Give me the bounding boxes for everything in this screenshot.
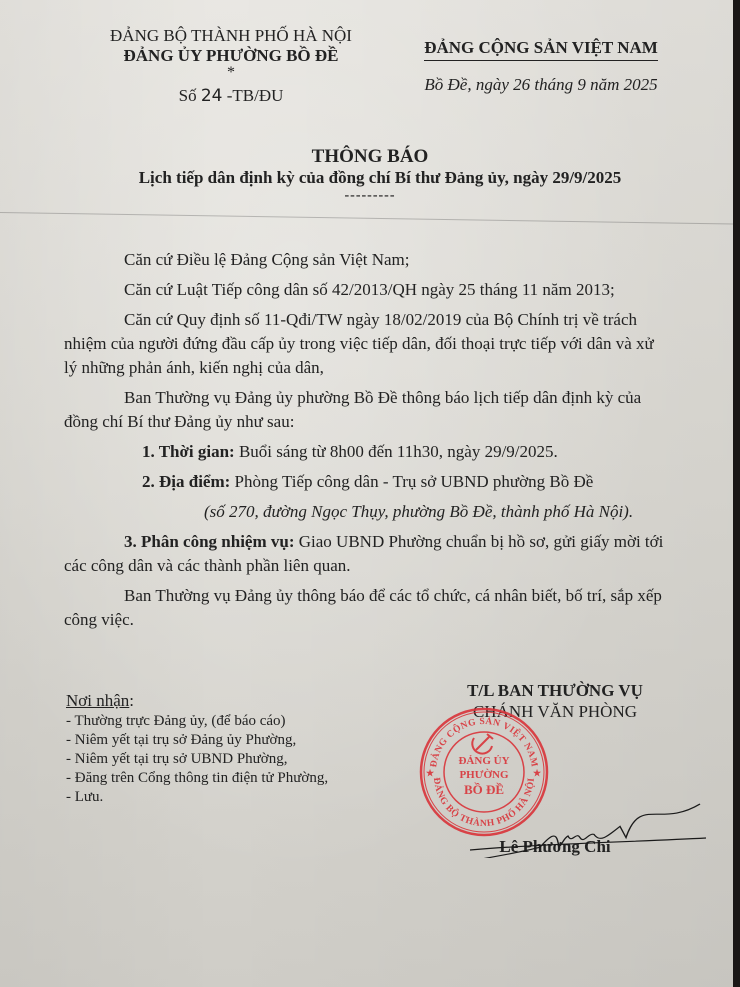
closing-paragraph: Ban Thường vụ Đảng ủy thông báo để các t… (64, 584, 664, 632)
basis-2: Căn cứ Luật Tiếp công dân số 42/2013/QH … (64, 278, 664, 302)
document-body: Căn cứ Điều lệ Đảng Cộng sản Việt Nam; C… (64, 248, 664, 638)
intro-paragraph: Ban Thường vụ Đảng ủy phường Bồ Đề thông… (64, 386, 664, 434)
place-date: Bồ Đề, ngày 26 tháng 9 năm 2025 (408, 75, 674, 95)
recipients-heading: Nơi nhận (66, 691, 129, 710)
recipient-item: - Niêm yết tại trụ sở Đảng ủy Phường, (66, 731, 328, 750)
issuer-parent: ĐẢNG BỘ THÀNH PHỐ HÀ NỘI (88, 26, 374, 46)
item-time: 1. Thời gian: Buổi sáng từ 8h00 đến 11h3… (64, 440, 664, 464)
svg-text:BỒ ĐỀ: BỒ ĐỀ (464, 782, 504, 797)
item-location-detail: (số 270, đường Ngọc Thụy, phường Bồ Đề, … (64, 500, 664, 524)
party-block: ĐẢNG CỘNG SẢN VIỆT NAM Bồ Đề, ngày 26 th… (408, 38, 674, 95)
basis-1: Căn cứ Điều lệ Đảng Cộng sản Việt Nam; (64, 248, 664, 272)
document-title: THÔNG BÁO (0, 146, 740, 168)
handwritten-signature (430, 798, 710, 858)
issuer-block: ĐẢNG BỘ THÀNH PHỐ HÀ NỘI ĐẢNG ỦY PHƯỜNG … (88, 26, 374, 106)
star-mark: * (88, 66, 374, 80)
svg-text:★: ★ (533, 768, 542, 778)
svg-text:ĐẢNG ỦY: ĐẢNG ỦY (458, 755, 509, 767)
svg-text:PHƯỜNG: PHƯỜNG (459, 769, 509, 781)
issuer-name: ĐẢNG ỦY PHƯỜNG BỒ ĐỀ (88, 46, 374, 66)
document-number: Số 24 -TB/ĐU (88, 86, 374, 106)
document-subtitle: Lịch tiếp dân định kỳ của đồng chí Bí th… (0, 168, 740, 188)
recipients-block: Nơi nhận: - Thường trực Đảng ủy, (để báo… (66, 690, 328, 807)
recipient-item: - Đăng trên Cổng thông tin điện tử Phườn… (66, 769, 328, 788)
party-name: ĐẢNG CỘNG SẢN VIỆT NAM (424, 38, 658, 61)
item-location: 2. Địa điểm: Phòng Tiếp công dân - Trụ s… (64, 470, 664, 494)
recipient-item: - Thường trực Đảng ủy, (để báo cáo) (66, 712, 328, 731)
signer-authority: T/L BAN THƯỜNG VỤ (410, 680, 700, 701)
title-separator: --------- (0, 188, 740, 204)
handwritten-number: 24 (201, 86, 223, 106)
svg-text:★: ★ (426, 768, 435, 778)
recipient-item: - Niêm yết tại trụ sở UBND Phường, (66, 750, 328, 769)
item-assignment: 3. Phân công nhiệm vụ: Giao UBND Phường … (64, 530, 664, 578)
hammer-sickle-icon (472, 734, 493, 754)
recipient-item: - Lưu. (66, 788, 328, 807)
basis-3: Căn cứ Quy định số 11-Qđi/TW ngày 18/02/… (64, 308, 664, 380)
